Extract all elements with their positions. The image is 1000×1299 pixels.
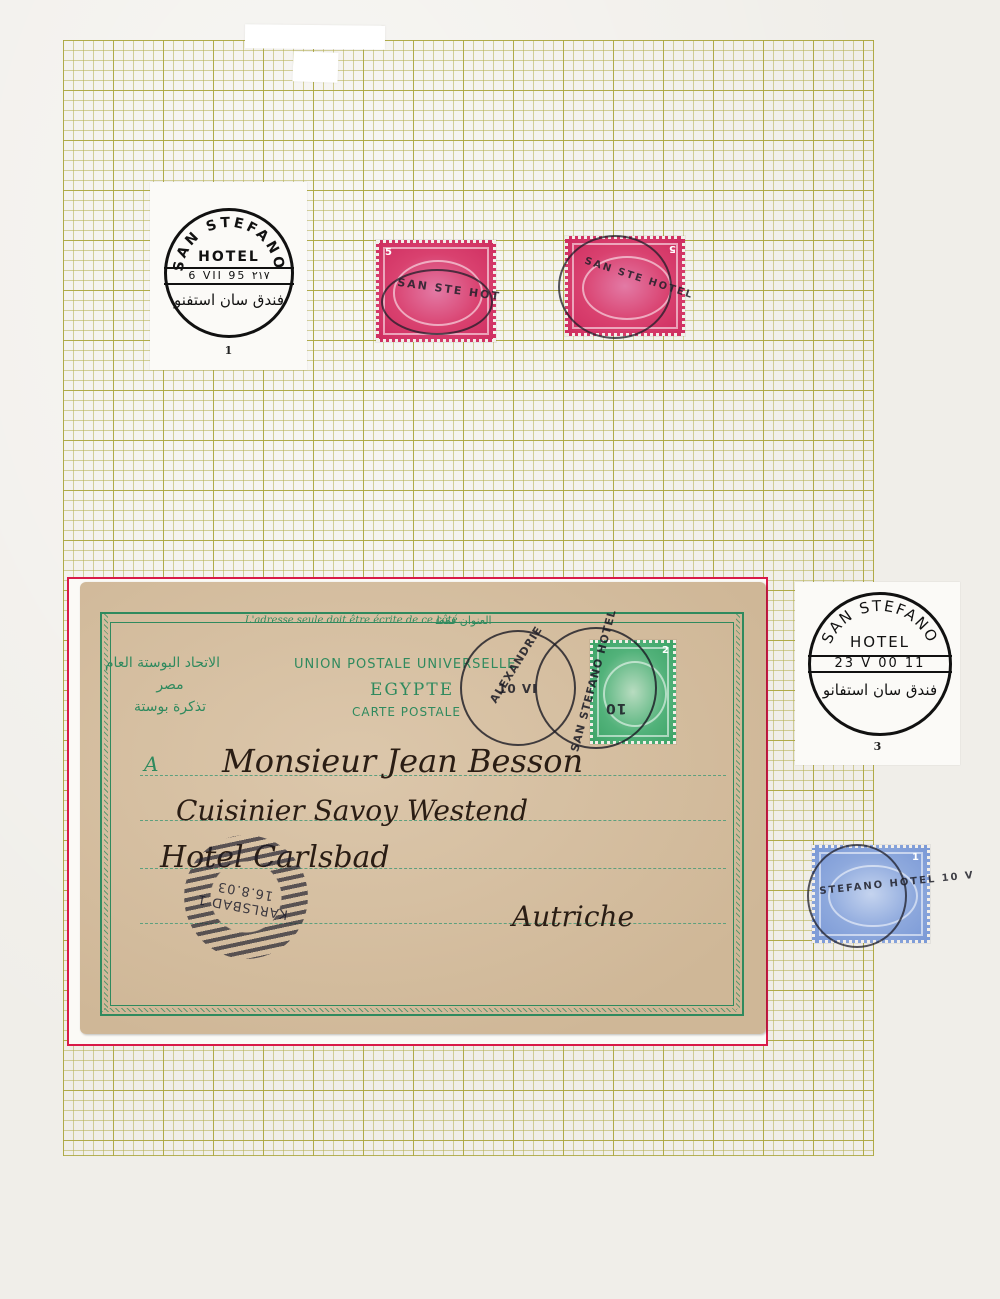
stamp-pink-5m-2[interactable]: 5 SAN STE HOTEL bbox=[565, 236, 685, 336]
address-instruction-fr: L'adresse seule doit être écrite de ce c… bbox=[245, 615, 461, 626]
stamp-value: 5 bbox=[669, 243, 676, 254]
card-type-heading: CARTE POSTALE bbox=[352, 705, 461, 719]
postmark-hotel-label: HOTEL bbox=[811, 633, 949, 651]
postcard[interactable]: L'adresse seule doit être écrite de ce c… bbox=[80, 582, 766, 1034]
postmark-date-band: 23 V 00 11 bbox=[808, 655, 952, 673]
stamp-pink-5m-1[interactable]: 5 SAN STE HOT bbox=[376, 240, 496, 342]
san-stefano-cds-postmark: SAN STEFANO HOTEL 23 V 00 11 فندق سان اس… bbox=[808, 592, 952, 736]
stamp-value: 5 bbox=[385, 247, 392, 258]
address-prefix: A bbox=[144, 752, 158, 776]
postmark-arabic-text: فندق سان استفانو bbox=[811, 681, 949, 699]
postmark-cutout-1[interactable]: SAN STEFANO HOTEL 6 VII 95 ٢١٧ فندق سان … bbox=[150, 182, 307, 370]
san-stefano-cds-postmark: SAN STEFANO HOTEL 6 VII 95 ٢١٧ فندق سان … bbox=[164, 208, 294, 338]
cutout-number: 3 bbox=[795, 740, 960, 753]
paper-tape-patch bbox=[292, 51, 338, 83]
stamp-value: 2 bbox=[662, 645, 669, 656]
postmark-date-band: 6 VII 95 ٢١٧ bbox=[164, 267, 294, 285]
country-heading: EGYPTE bbox=[370, 680, 454, 700]
cutout-number: 1 bbox=[150, 344, 307, 357]
address-line-4: Autriche bbox=[512, 900, 634, 933]
arabic-header: الاتحاد البوستة العام مصر تذكرة بوستة bbox=[120, 652, 220, 718]
stamp-blue-1m[interactable]: 1 STEFANO HOTEL 10 V bbox=[812, 845, 930, 943]
postmark-arabic-text: فندق سان استفنو bbox=[167, 291, 291, 309]
postmark-hotel-label: HOTEL bbox=[167, 249, 291, 265]
san-stefano-postmark-date: 10 bbox=[605, 700, 626, 716]
address-line-1: Monsieur Jean Besson bbox=[222, 742, 583, 780]
paper-tape-strip bbox=[245, 24, 385, 49]
album-page: SAN STEFANO HOTEL 6 VII 95 ٢١٧ فندق سان … bbox=[0, 0, 1000, 1299]
address-instruction-ar: العنوان فقط bbox=[435, 614, 492, 627]
stamp-value: 1 bbox=[912, 852, 919, 863]
postmark-cutout-3[interactable]: SAN STEFANO HOTEL 23 V 00 11 فندق سان اس… bbox=[795, 582, 960, 765]
address-line-2: Cuisinier Savoy Westend bbox=[176, 794, 528, 827]
alexandrie-postmark-date: 10 VI bbox=[498, 682, 538, 696]
